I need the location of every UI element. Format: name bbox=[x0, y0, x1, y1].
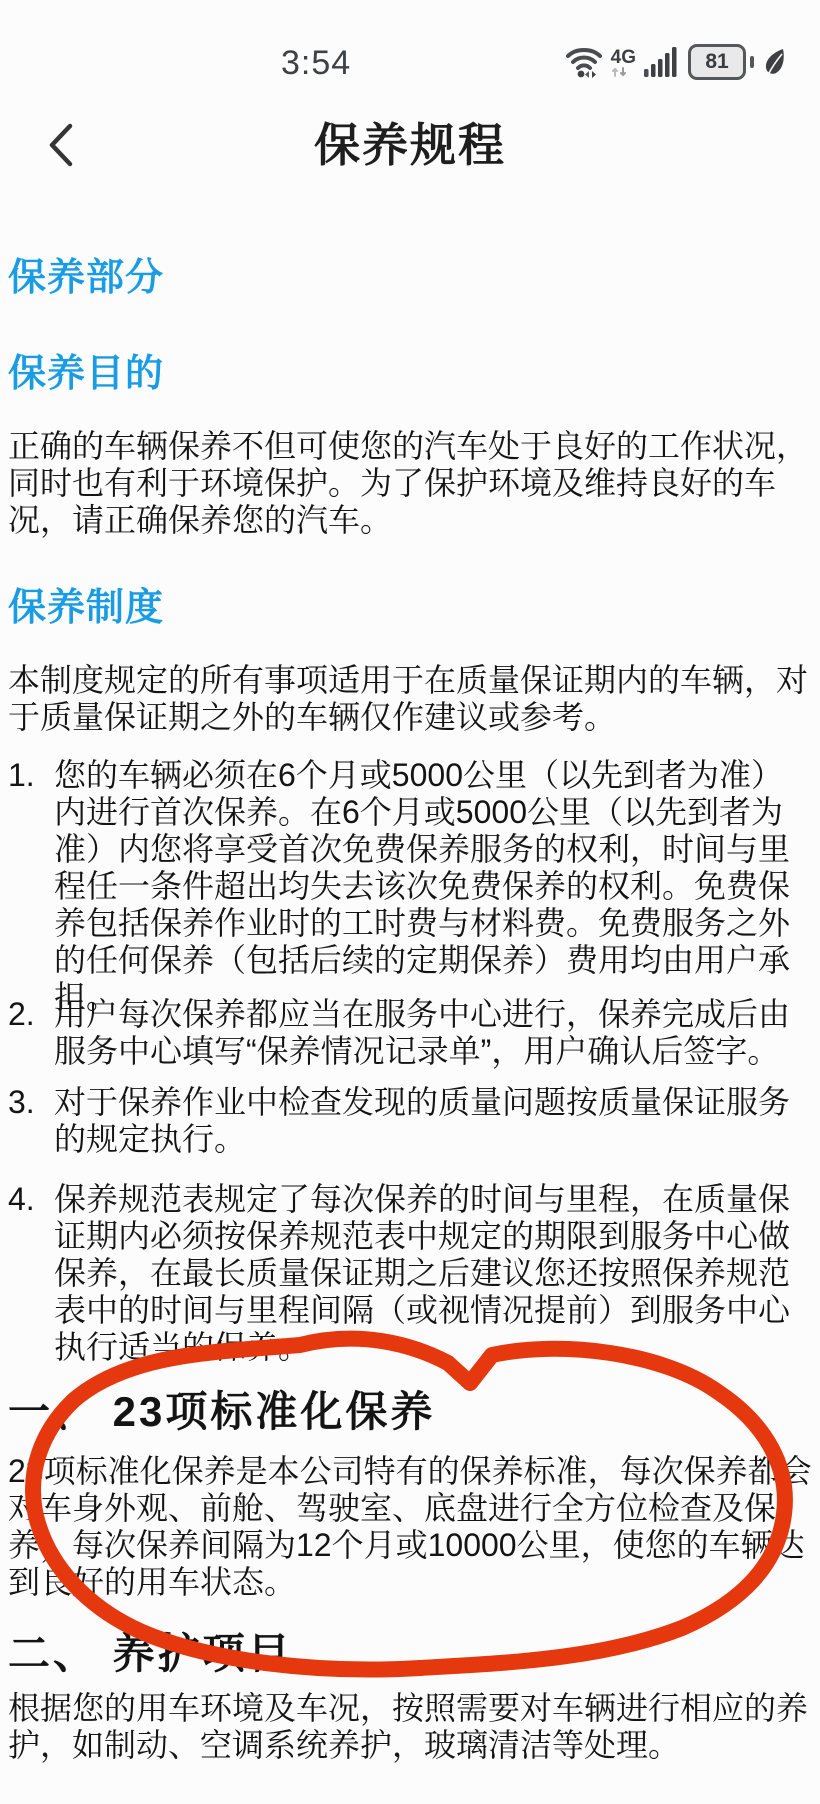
heading-section-1-standard-maintenance: 一、 23项标准化保养 bbox=[8, 1388, 812, 1436]
page-title: 保养规程 bbox=[0, 118, 820, 172]
wifi-icon bbox=[565, 45, 603, 79]
screen: 3:54 4G 81 bbox=[0, 0, 820, 1804]
list-item-1: 1. 您的车辆必须在6个月或5000公里（以先到者为准）内进行首次保养。在6个月… bbox=[8, 757, 812, 1016]
paragraph-purpose: 正确的车辆保养不但可使您的汽车处于良好的工作状况，同时也有利于环境保护。为了保护… bbox=[8, 428, 812, 539]
paragraph-section-1: 23项标准化保养是本公司特有的保养标准，每次保养都会对车身外观、前舱、驾驶室、底… bbox=[8, 1453, 812, 1601]
paragraph-section-2: 根据您的用车环境及车况，按照需要对车辆进行相应的养护，如制动、空调系统养护，玻璃… bbox=[8, 1690, 812, 1764]
list-item-text: 您的车辆必须在6个月或5000公里（以先到者为准）内进行首次保养。在6个月或50… bbox=[54, 757, 790, 1015]
heading-maintenance-purpose: 保养目的 bbox=[8, 352, 812, 396]
battery-indicator: 81 bbox=[688, 44, 746, 80]
list-item-text: 保养规范表规定了每次保养的时间与里程，在质量保证期内必须按保养规范表中规定的期限… bbox=[54, 1181, 790, 1365]
list-item-3: 3. 对于保养作业中检查发现的质量问题按质量保证服务的规定执行。 bbox=[8, 1084, 812, 1158]
data-transfer-arrows-icon bbox=[611, 67, 629, 77]
battery-percent: 81 bbox=[705, 50, 728, 74]
list-item-number: 2. bbox=[8, 996, 35, 1033]
list-item-4: 4. 保养规范表规定了每次保养的时间与里程，在质量保证期内必须按保养规范表中规定… bbox=[8, 1181, 812, 1366]
heading-maintenance-part: 保养部分 bbox=[8, 256, 812, 300]
paragraph-system-intro: 本制度规定的所有事项适用于在质量保证期内的车辆，对于质量保证期之外的车辆仅作建议… bbox=[8, 662, 812, 736]
list-item-number: 1. bbox=[8, 757, 35, 794]
list-item-text: 用户每次保养都应当在服务中心进行，保养完成后由服务中心填写“保养情况记录单”，用… bbox=[54, 996, 790, 1069]
battery-nub bbox=[750, 56, 754, 68]
list-item-text: 对于保养作业中检查发现的质量问题按质量保证服务的规定执行。 bbox=[54, 1084, 790, 1157]
signal-strength-icon bbox=[644, 47, 680, 77]
list-item-number: 4. bbox=[8, 1181, 35, 1218]
list-item-number: 3. bbox=[8, 1084, 35, 1121]
status-time: 3:54 bbox=[281, 44, 351, 82]
leaf-icon bbox=[762, 47, 788, 77]
status-icons: 4G 81 bbox=[565, 40, 788, 84]
heading-maintenance-system: 保养制度 bbox=[8, 586, 812, 630]
heading-section-2-care-items: 二、 养护项目 bbox=[8, 1630, 812, 1678]
network-type-label: 4G bbox=[611, 48, 636, 67]
network-type: 4G bbox=[611, 48, 636, 77]
list-item-2: 2. 用户每次保养都应当在服务中心进行，保养完成后由服务中心填写“保养情况记录单… bbox=[8, 996, 812, 1070]
